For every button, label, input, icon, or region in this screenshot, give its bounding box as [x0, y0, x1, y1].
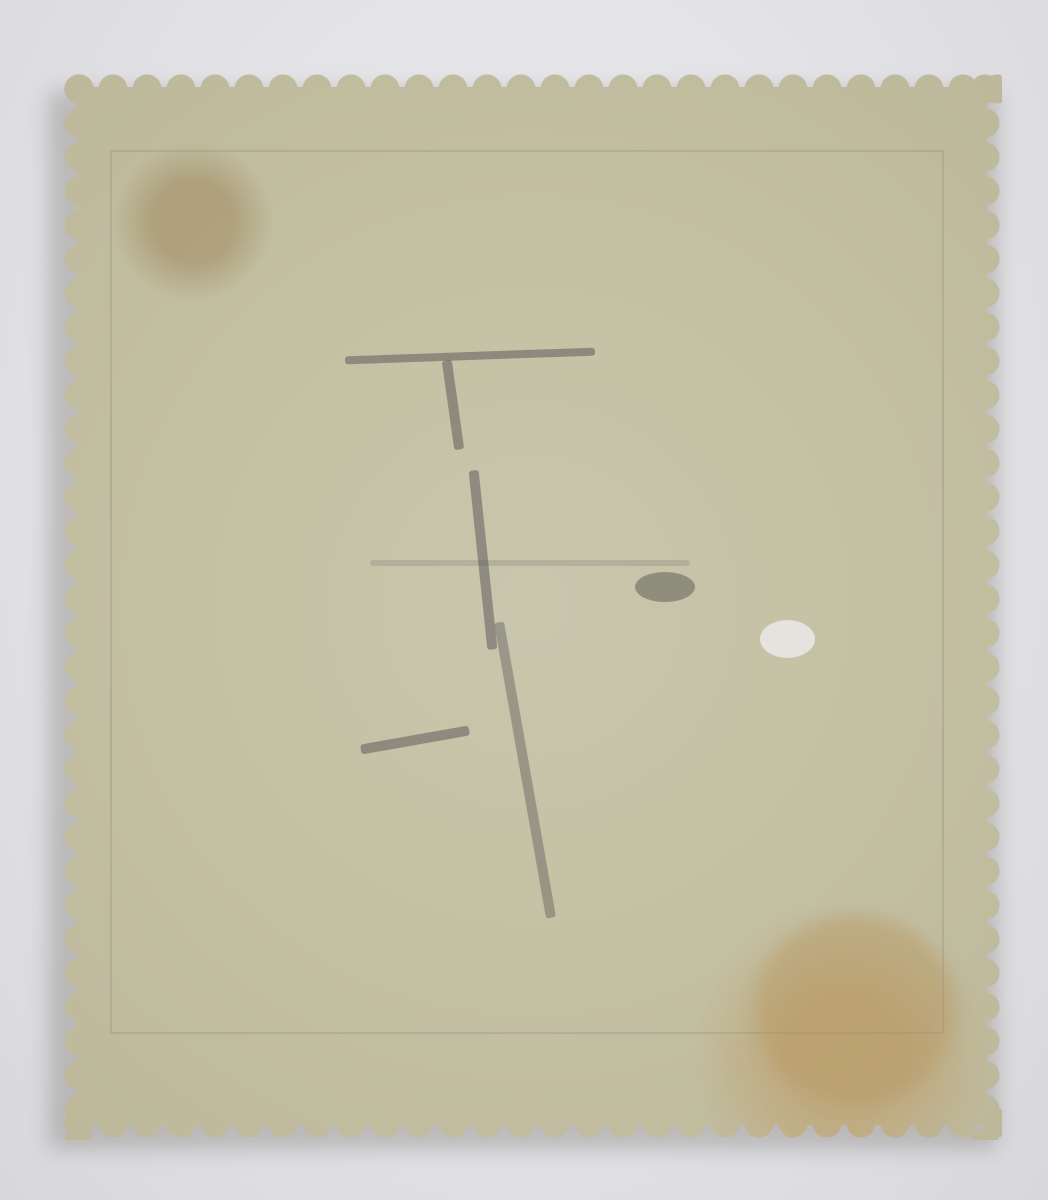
- ink-speckles: [635, 572, 695, 602]
- toning-stain: [755, 915, 955, 1105]
- show-through-frame: [110, 150, 944, 1034]
- paper-thin-spot: [760, 620, 815, 658]
